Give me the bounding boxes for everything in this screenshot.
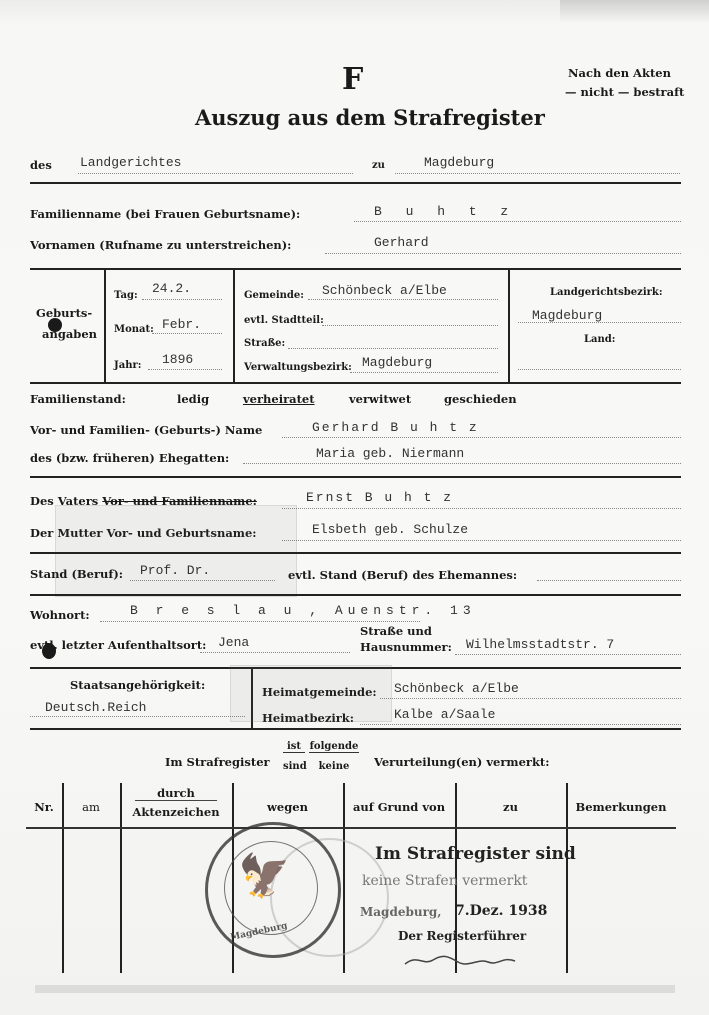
dotline xyxy=(322,325,498,326)
stamp-registrar: Der Registerführer xyxy=(398,929,526,943)
fraction-2-top: folgende xyxy=(309,741,359,753)
marital-option-verheiratet: verheiratet xyxy=(243,392,315,406)
dotline xyxy=(30,716,245,717)
citizenship-value: Deutsch.Reich xyxy=(45,700,146,715)
court-value: Landgerichtes xyxy=(80,155,181,170)
marital-label: Familienstand: xyxy=(30,392,126,406)
last-stay-label: evtl. letzter Aufenthaltsort: xyxy=(30,638,206,652)
district-part-label: evtl. Stadtteil: xyxy=(244,315,324,326)
registrar-signature xyxy=(403,952,523,968)
dotline xyxy=(308,299,498,300)
dotline xyxy=(360,724,681,725)
ghost-stamp-shadow xyxy=(55,505,297,597)
fraction-2-bottom: keine xyxy=(309,761,359,772)
divider xyxy=(233,270,235,382)
citizenship-label: Staatsangehörigkeit: xyxy=(70,678,205,692)
municipality-value: Schönbeck a/Elbe xyxy=(322,283,447,298)
dotline xyxy=(130,580,275,581)
street-house-value: Wilhelmsstadtstr. 7 xyxy=(466,637,614,652)
rule xyxy=(30,476,681,478)
year-label: Jahr: xyxy=(114,360,141,371)
dotline xyxy=(518,322,681,323)
dotline xyxy=(455,654,681,655)
eagle-emblem-icon: 🦅 xyxy=(238,851,290,901)
admin-district-value: Magdeburg xyxy=(362,355,432,370)
divider xyxy=(104,270,106,382)
admin-district-label: Verwaltungsbezirk: xyxy=(244,362,352,373)
divider xyxy=(508,270,510,382)
birth-section-label-1: Geburts- xyxy=(36,306,92,320)
month-label: Monat: xyxy=(114,324,154,335)
marital-option-verwitwet: verwitwet xyxy=(349,392,411,406)
register-prefix: Im Strafregister xyxy=(165,755,270,769)
dotline xyxy=(200,652,350,653)
spouse-name-label: Vor- und Familien- (Geburts-) Name xyxy=(30,423,262,437)
dotline xyxy=(142,299,222,300)
col-header-am: am xyxy=(62,800,120,814)
dotline xyxy=(325,253,681,254)
spouse-name-value: Gerhard B u h t z xyxy=(312,420,479,435)
col-header-bemerkungen: Bemerkungen xyxy=(566,800,676,814)
last-stay-value: Jena xyxy=(218,635,249,650)
corner-note-line1: Nach den Akten xyxy=(568,66,671,80)
dotline xyxy=(350,372,498,373)
dotline xyxy=(282,437,681,438)
day-value: 24.2. xyxy=(152,281,191,296)
col-header-aktenzeichen: Aktenzeichen xyxy=(120,805,232,819)
dotline xyxy=(282,508,681,509)
document-title: Auszug aus dem Strafregister xyxy=(195,105,545,130)
dotline xyxy=(537,580,681,581)
year-value: 1896 xyxy=(162,352,193,367)
city-dotline xyxy=(395,173,680,174)
ink-blot xyxy=(48,318,62,332)
street-house-label-2: Hausnummer: xyxy=(360,640,452,654)
husband-occupation-label: evtl. Stand (Beruf) des Ehemannes: xyxy=(288,568,517,582)
month-value: Febr. xyxy=(162,317,201,332)
scan-shadow xyxy=(560,0,709,22)
municipality-label: Gemeinde: xyxy=(244,290,304,301)
home-municipality-value: Schönbeck a/Elbe xyxy=(394,681,519,696)
residence-label: Wohnort: xyxy=(30,608,90,622)
dotline xyxy=(152,333,222,334)
fraction-1-top: ist xyxy=(283,741,305,753)
dotline xyxy=(518,369,681,370)
street-label: Straße: xyxy=(244,338,285,349)
stamp-date: 7.Dez. 1938 xyxy=(455,903,547,919)
rule xyxy=(30,552,681,554)
rule xyxy=(30,382,681,384)
rule xyxy=(30,594,681,596)
court-at-label: zu xyxy=(372,160,385,171)
court-dotline xyxy=(78,173,353,174)
dotline xyxy=(354,221,681,222)
dotline xyxy=(100,621,420,622)
given-names-value: Gerhard xyxy=(374,235,429,250)
family-name-label: Familienname (bei Frauen Geburtsname): xyxy=(30,207,300,221)
ink-blot xyxy=(42,643,56,659)
stamp-place: Magdeburg, xyxy=(360,905,441,919)
day-label: Tag: xyxy=(114,290,138,301)
col-header-zu: zu xyxy=(455,800,566,814)
rule xyxy=(30,182,681,184)
given-names-label: Vornamen (Rufname zu unterstreichen): xyxy=(30,238,291,252)
dotline xyxy=(380,698,681,699)
marital-option-ledig: ledig xyxy=(177,392,209,406)
table-header-rule xyxy=(26,827,676,829)
fraction-1-bottom: sind xyxy=(283,761,305,772)
document-page: F Auszug aus dem Strafregister Nach den … xyxy=(0,0,709,1015)
court-prefix-label: des xyxy=(30,158,52,172)
rule xyxy=(30,268,681,270)
col-header-nr: Nr. xyxy=(26,800,62,814)
corner-note-line2: — nicht — bestraft xyxy=(565,85,684,99)
occupation-value: Prof. Dr. xyxy=(140,563,210,578)
rule xyxy=(30,728,681,730)
col-header-durch: durch xyxy=(135,786,217,801)
court-city-value: Magdeburg xyxy=(424,155,494,170)
court-district-value: Magdeburg xyxy=(532,308,602,323)
occupation-label: Stand (Beruf): xyxy=(30,567,123,581)
spouse-of-value: Maria geb. Niermann xyxy=(316,446,464,461)
family-name-value: B u h t z xyxy=(374,204,516,219)
dotline xyxy=(282,540,681,541)
spouse-of-label: des (bzw. früheren) Ehegatten: xyxy=(30,451,229,465)
official-seal-stamp: 🦅 Magdeburg xyxy=(205,822,341,958)
dotline xyxy=(243,463,681,464)
register-suffix: Verurteilung(en) vermerkt: xyxy=(374,755,549,769)
col-header-wegen: wegen xyxy=(232,800,343,814)
stamp-line-2: keine Strafen vermerkt xyxy=(362,873,527,889)
marital-option-geschieden: geschieden xyxy=(444,392,517,406)
country-label: Land: xyxy=(584,334,615,345)
ghost-stamp-shadow xyxy=(230,665,392,722)
residence-value: B r e s l a u , Auenstr. 13 xyxy=(130,603,476,618)
col-header-grund: auf Grund von xyxy=(343,800,455,814)
mother-value: Elsbeth geb. Schulze xyxy=(312,522,468,537)
court-district-label: Landgerichtsbezirk: xyxy=(550,287,663,298)
dotline xyxy=(288,348,498,349)
stamp-line-1: Im Strafregister sind xyxy=(375,844,576,864)
bottom-scan-shadow xyxy=(35,985,675,993)
form-letter: F xyxy=(342,62,363,97)
street-house-label-1: Straße und xyxy=(360,624,432,638)
dotline xyxy=(148,369,222,370)
father-value: Ernst B u h t z xyxy=(306,490,453,505)
home-district-value: Kalbe a/Saale xyxy=(394,707,495,722)
